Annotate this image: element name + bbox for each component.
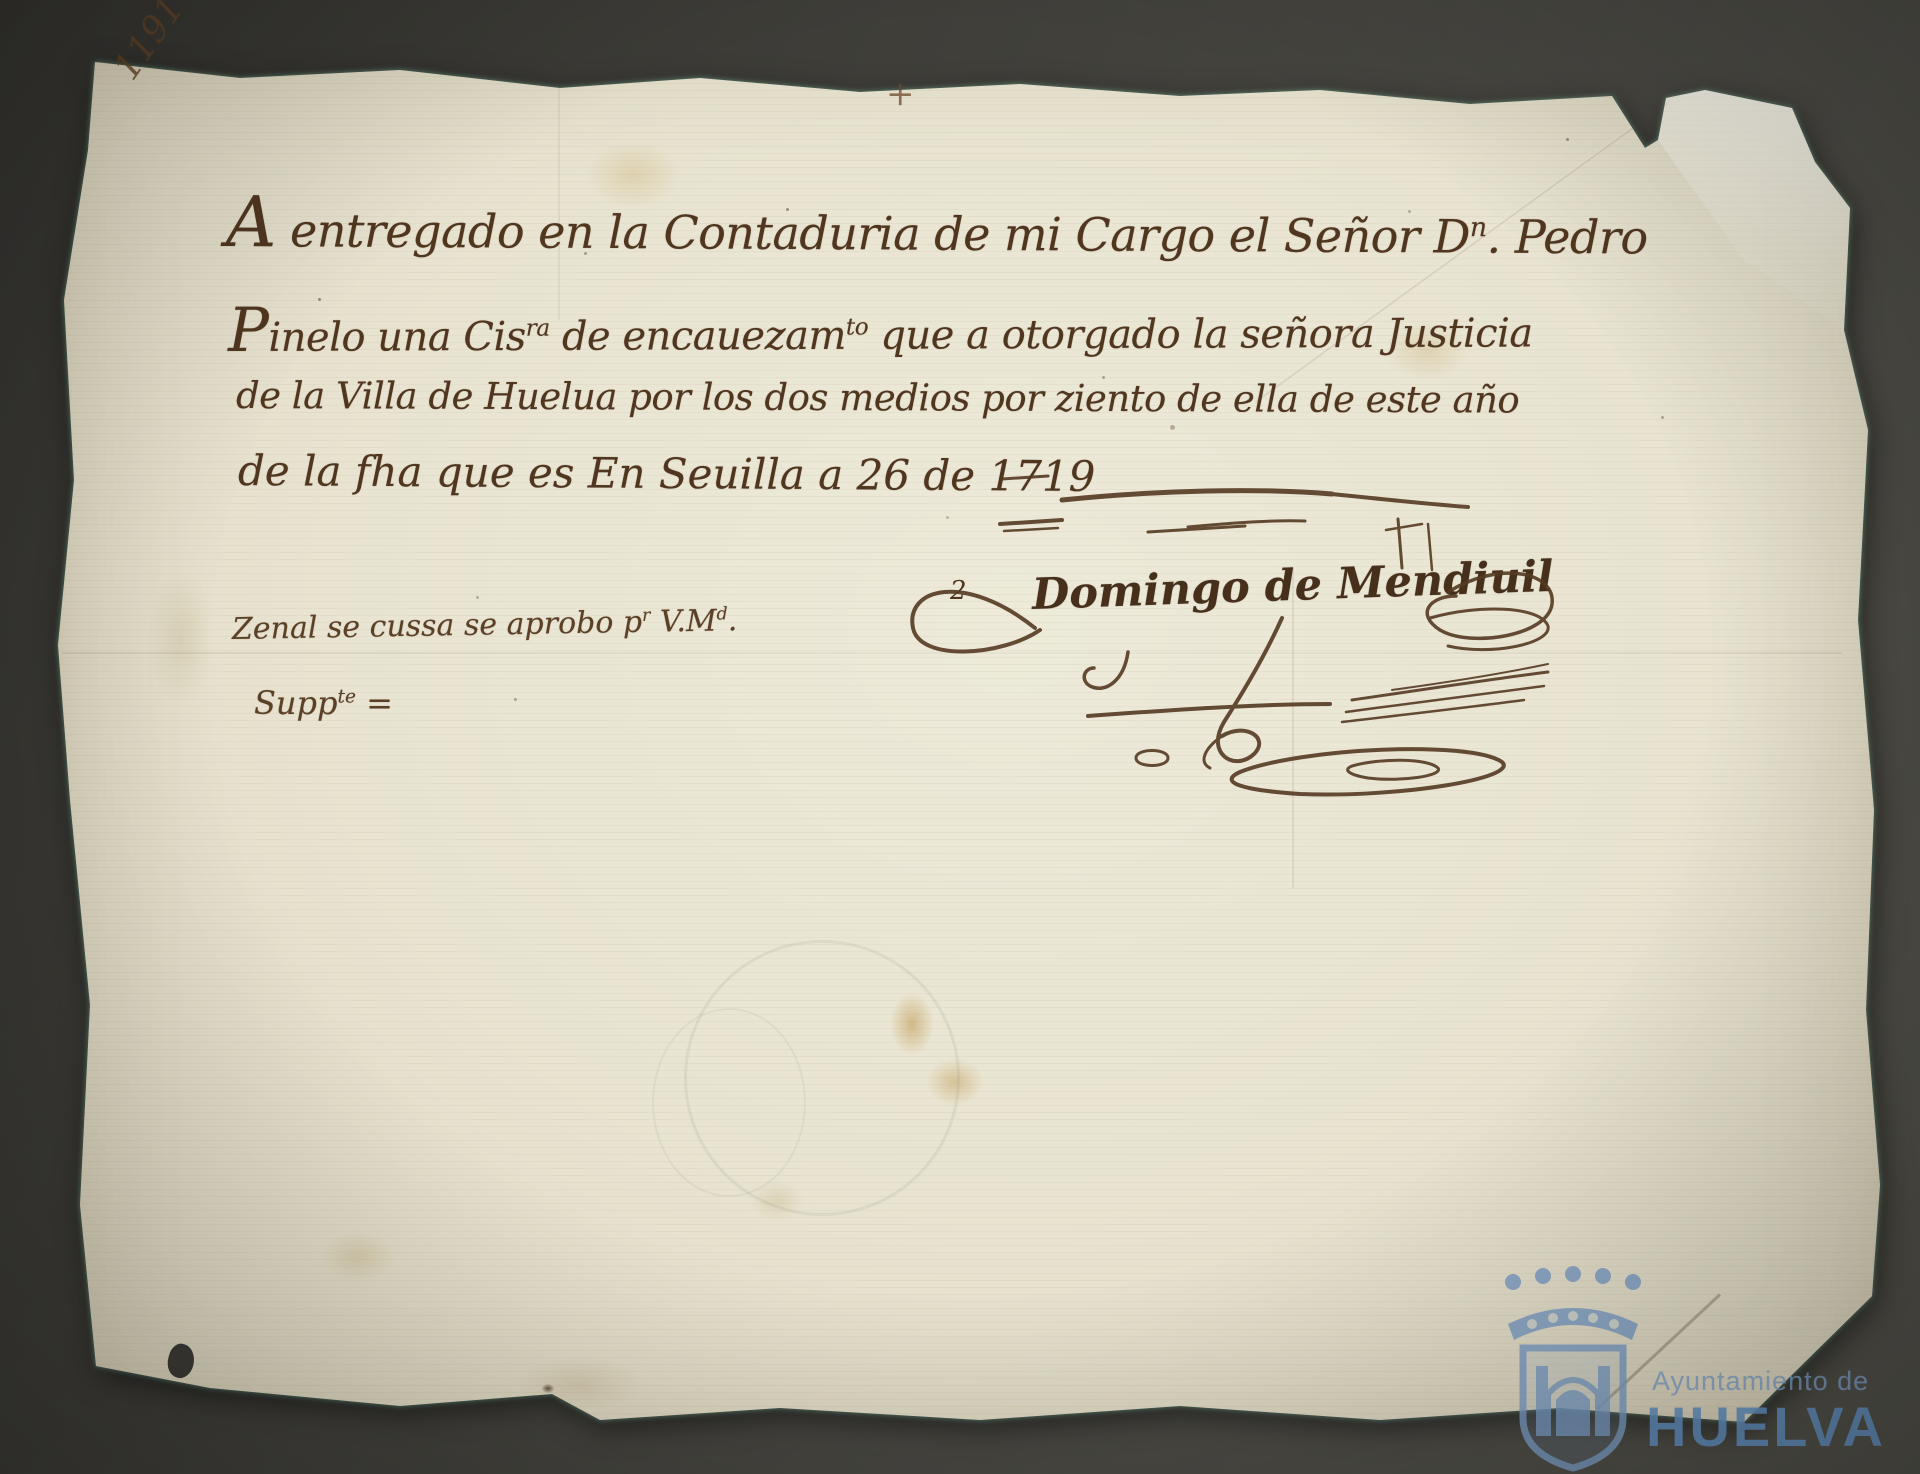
- manuscript-line-1: A entregado en la Contaduria de mi Cargo…: [226, 182, 1648, 270]
- photo-backdrop: 1191 + A entregado en la Contaduria de m…: [0, 0, 1920, 1474]
- stain: [750, 1180, 804, 1222]
- crease-vertical: [1292, 568, 1294, 888]
- margin-note-line-2: Suppte =: [254, 684, 393, 722]
- manuscript-line-2: Pinelo una Cisra de encauezamto que a ot…: [228, 291, 1533, 366]
- manuscript-line-3: de la Villa de Huelua por los dos medios…: [236, 374, 1519, 421]
- stain: [926, 1058, 984, 1106]
- logo-org-small: Ayuntamiento de: [1652, 1366, 1869, 1397]
- stain: [890, 992, 934, 1056]
- invocation-cross: +: [886, 74, 915, 114]
- top-right-fold: [1642, 88, 1857, 338]
- logo-org-large: HUELVA: [1646, 1394, 1886, 1459]
- crease-horizontal: [62, 652, 1842, 654]
- stain: [514, 1356, 644, 1412]
- stain: [542, 1384, 554, 1393]
- paper-hole: [164, 1341, 198, 1381]
- manuscript-line-4: de la fha que es En Seuilla a 26 de 1719: [238, 446, 1096, 501]
- paper-watermark-ring-inner: [652, 1008, 806, 1197]
- stain: [148, 568, 214, 708]
- paper-watermark-ring: [684, 940, 960, 1216]
- stain: [320, 1230, 396, 1284]
- signature-mark: 2: [950, 576, 967, 606]
- huelva-crest-icon: [1498, 1266, 1648, 1474]
